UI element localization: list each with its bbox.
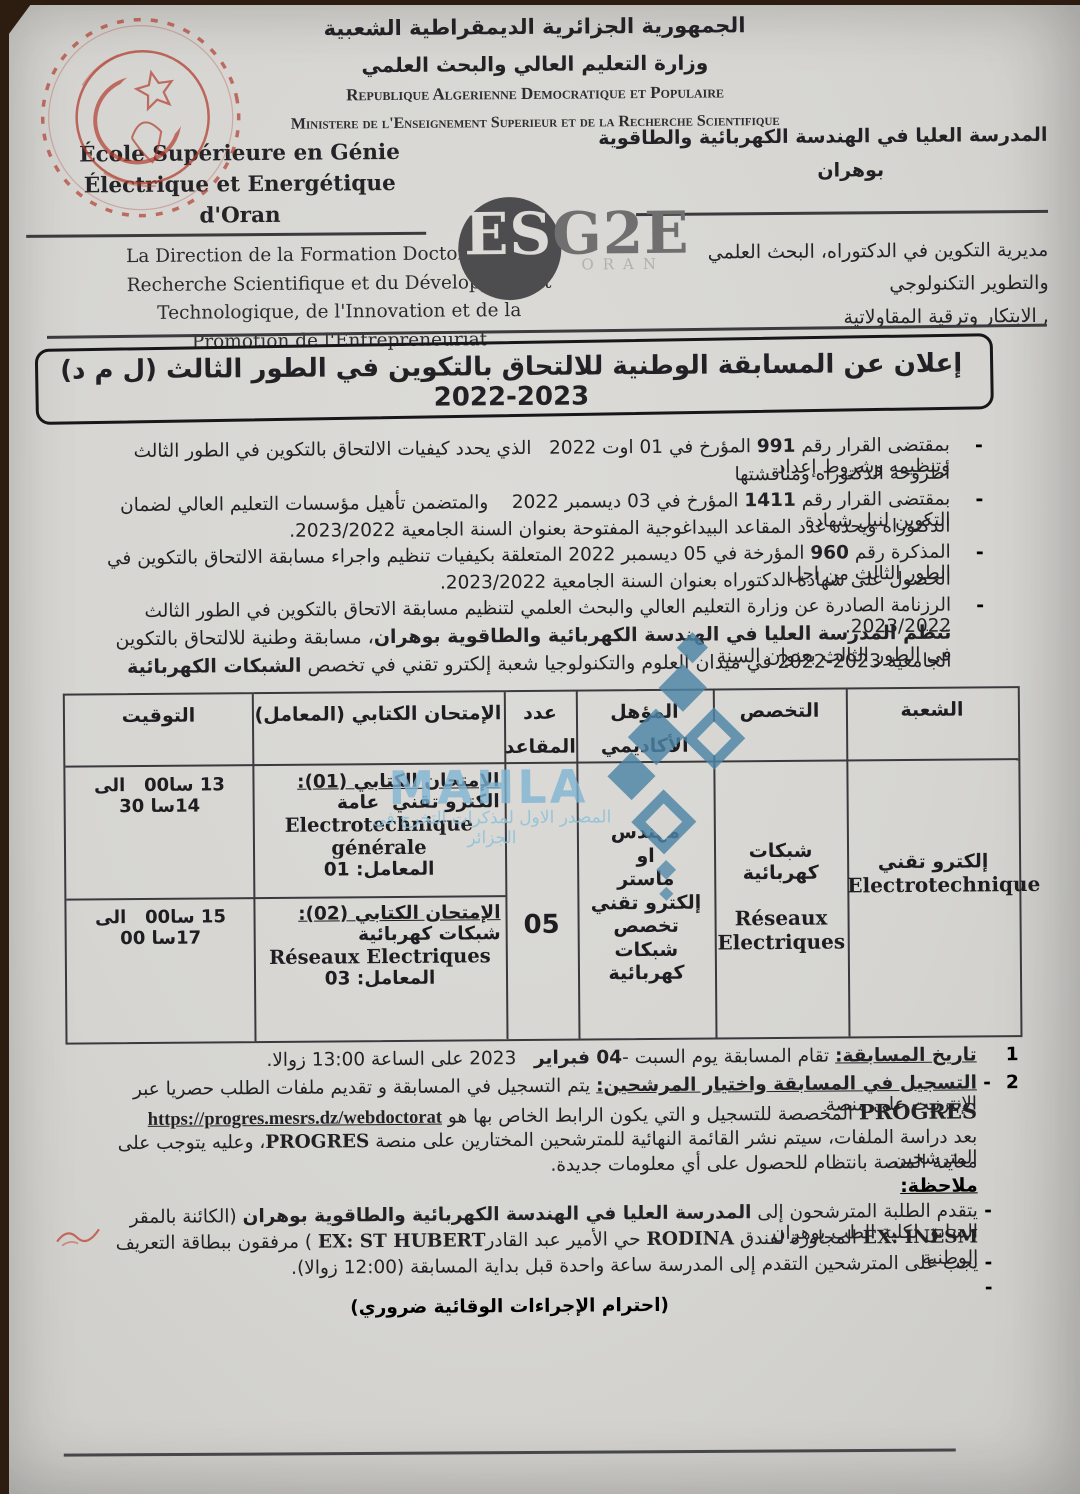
header-seats-line1: عدد	[504, 700, 576, 727]
remark-dash: -	[985, 1252, 993, 1273]
remark-dash: -	[984, 1200, 992, 1221]
remark-dash-empty: -	[985, 1277, 993, 1298]
branch-cell: إلكترو تقني Electrotechnique	[847, 850, 1019, 897]
contest-date-line: تاريخ المسابقة: تقام المسابقة يوم السبت …	[73, 1044, 977, 1072]
remark-label: ملاحظة:	[900, 1174, 978, 1197]
specialty-fr-line2: Electriques	[715, 929, 848, 954]
qualification-line: شبكات	[578, 938, 715, 963]
bottom-rule	[64, 1449, 956, 1457]
exam2-subject-ar: شبكات كهربائية	[259, 923, 501, 946]
document-content: الجمهورية الجزائرية الديمقراطية الشعبية …	[0, 0, 1080, 1494]
announcement-title: إعلان عن المسابقة الوطنية للالتحاق بالتك…	[45, 348, 977, 415]
school-name-arabic: المدرسة العليا في الهندسة الكهربائية وال…	[598, 124, 1047, 150]
exam2-cell: الإمتحان الكتابي (02): شبكات كهربائية Ré…	[258, 902, 501, 990]
branch-fr: Electrotechnique	[847, 872, 1019, 897]
school-city-arabic: بوهران	[776, 159, 926, 182]
exam2-label: الإمتحان الكتابي (02):	[258, 902, 500, 925]
header-seats-line2: المقاعد	[504, 734, 576, 761]
table-column-line	[252, 694, 256, 1041]
mahla-watermark-subtitle: المصدر الاول لمذكرات التخرج في الجزائر	[346, 807, 638, 849]
exam2-subject-fr: Réseaux Electriques	[259, 944, 501, 969]
exam-table: التوقيت الإمتحان الكتابي (المعامل) عدد ا…	[63, 686, 1023, 1045]
direction-ar-line2: والتطوير التكنولوجي	[628, 267, 1048, 303]
bullet-dash: -	[976, 594, 984, 616]
divider-right	[636, 210, 1048, 216]
seats-count: 05	[505, 910, 577, 941]
qualification-line: كهربائية	[578, 961, 715, 986]
doctoral-direction-arabic: مديرية التكوين في الدكتوراه، البحث العلم…	[628, 234, 1049, 336]
table-row-line	[66, 895, 505, 900]
mahla-watermark-text: MAHLA	[388, 759, 588, 815]
bullet-dash: -	[975, 434, 983, 456]
header-timing: التوقيت	[65, 702, 252, 729]
note-dash: -	[983, 1072, 991, 1093]
note-number-2: 2	[1006, 1072, 1019, 1093]
branch-ar: إلكترو تقني	[847, 850, 1019, 873]
header-seats: عدد المقاعد	[504, 700, 576, 761]
header-written-exam: الإمتحان الكتابي (المعامل)	[252, 700, 504, 728]
direction-ar-line1: مديرية التكوين في الدكتوراه، البحث العلم…	[628, 234, 1048, 270]
bullet-dash: -	[976, 541, 984, 563]
direction-ar-line3: , الابتكار وترقية المقاولاتية	[629, 300, 1049, 336]
red-pen-mark	[54, 1219, 108, 1249]
bullet-dash: -	[975, 488, 983, 510]
header-branch: الشعبة	[846, 696, 1018, 723]
scanned-announcement-document: { "header": { "gov_ar1": "الجمهورية الجز…	[0, 0, 1080, 1494]
note-number-1: 1	[1006, 1044, 1019, 1065]
direction-fr-line3: Technologique, de l'Innovation et de la	[67, 296, 612, 329]
exam1-coefficient: المعامل: 01	[258, 858, 500, 881]
timing-exam1: 13 سا00 الى 14سا 30	[69, 774, 249, 817]
timing-exam2: 15 سا00 الى 17سا 00	[70, 906, 250, 949]
exam2-coefficient: المعامل: 03	[259, 967, 501, 990]
mahla-watermark-emblem	[595, 630, 757, 921]
closing-note: (احترام الإجراءات الوقائية ضروري)	[345, 1295, 675, 1319]
